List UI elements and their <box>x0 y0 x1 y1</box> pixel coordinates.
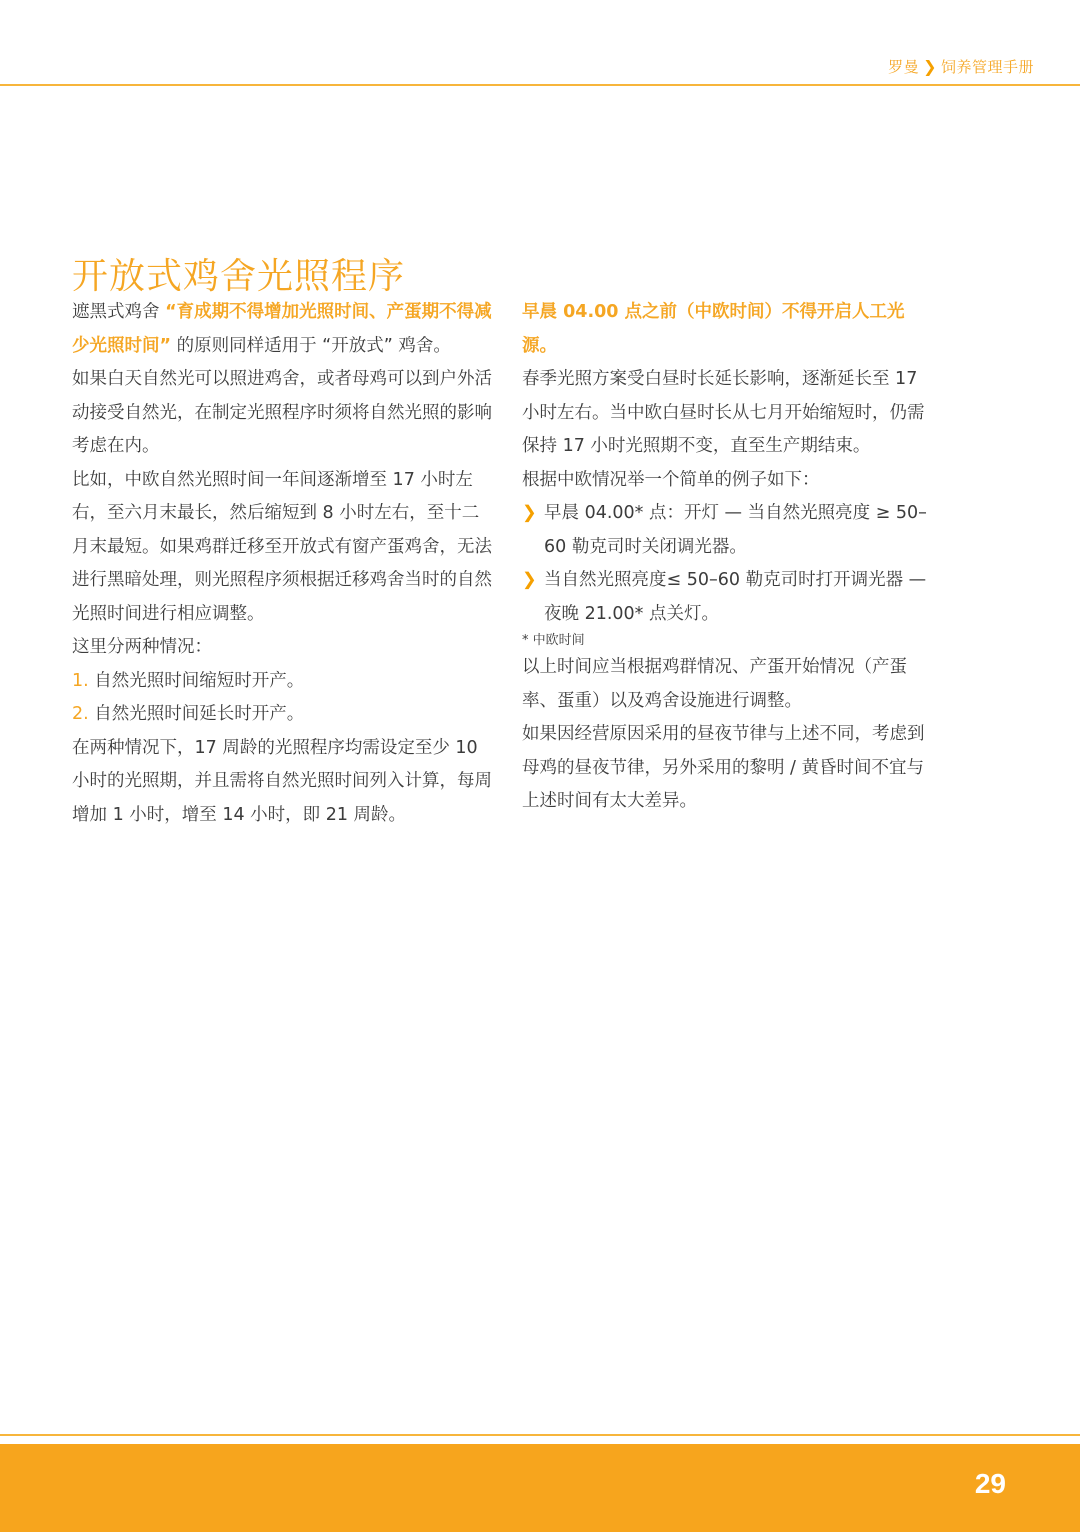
chevron-right-icon: ❯ <box>923 57 937 76</box>
list-item: 1. 自然光照时间缩短时开产。 <box>72 665 492 699</box>
bullet-item: ❯ 早晨 04.00* 点：开灯 — 当自然光照亮度 ≥ 50–60 勒克司时关… <box>522 497 937 564</box>
paragraph-two-cases: 这里分两种情况： <box>72 631 492 665</box>
brand-label: 罗曼 <box>888 56 919 77</box>
paragraph-rhythm: 如果因经营原因采用的昼夜节律与上述不同，考虑到母鸡的昼夜节律，另外采用的黎明 /… <box>522 718 937 819</box>
left-column: 遮黑式鸡舍 “育成期不得增加光照时间、产蛋期不得减少光照时间” 的原则同样适用于… <box>72 296 492 832</box>
highlight-warning: 早晨 04.00 点之前（中欧时间）不得开启人工光源。 <box>522 296 937 363</box>
intro-suffix: 的原则同样适用于 “开放式” 鸡舍。 <box>171 336 451 356</box>
paragraph-conclusion: 在两种情况下，17 周龄的光照程序均需设定至少 10 小时的光照期，并且需将自然… <box>72 732 492 833</box>
list-number: 1. <box>72 671 89 691</box>
intro-prefix: 遮黑式鸡舍 <box>72 302 165 322</box>
chevron-right-icon: ❯ <box>522 497 544 564</box>
paragraph-natural-light: 如果白天自然光可以照进鸡舍，或者母鸡可以到户外活动接受自然光，在制定光照程序时须… <box>72 363 492 464</box>
page-number: 29 <box>975 1468 1006 1500</box>
bullet-item: ❯ 当自然光照亮度≤ 50–60 勒克司时打开调光器 — 夜晚 21.00* 点… <box>522 564 937 631</box>
list-text: 自然光照时间缩短时开产。 <box>89 671 305 691</box>
header-divider <box>0 84 1080 86</box>
paragraph-spring: 春季光照方案受白昼时长延长影响，逐渐延长至 17 小时左右。当中欧白昼时长从七月… <box>522 363 937 464</box>
footer-divider <box>0 1434 1080 1436</box>
chevron-right-icon: ❯ <box>522 564 544 631</box>
header-breadcrumb: 罗曼 ❯ 饲养管理手册 <box>888 56 1034 77</box>
section-label: 饲养管理手册 <box>941 56 1034 77</box>
footer-band: 29 <box>0 1444 1080 1532</box>
footnote: * 中欧时间 <box>522 631 937 651</box>
list-number: 2. <box>72 704 89 724</box>
right-column: 早晨 04.00 点之前（中欧时间）不得开启人工光源。 春季光照方案受白昼时长延… <box>522 296 937 819</box>
paragraph-example-intro: 根据中欧情况举一个简单的例子如下： <box>522 464 937 498</box>
page-title: 开放式鸡舍光照程序 <box>72 248 405 299</box>
intro-paragraph: 遮黑式鸡舍 “育成期不得增加光照时间、产蛋期不得减少光照时间” 的原则同样适用于… <box>72 296 492 363</box>
paragraph-example: 比如，中欧自然光照时间一年间逐渐增至 17 小时左右，至六月末最长，然后缩短到 … <box>72 464 492 632</box>
bullet-text: 当自然光照亮度≤ 50–60 勒克司时打开调光器 — 夜晚 21.00* 点关灯… <box>544 564 937 631</box>
list-item: 2. 自然光照时间延长时开产。 <box>72 698 492 732</box>
list-text: 自然光照时间延长时开产。 <box>89 704 305 724</box>
paragraph-adjustment: 以上时间应当根据鸡群情况、产蛋开始情况（产蛋率、蛋重）以及鸡舍设施进行调整。 <box>522 651 937 718</box>
bullet-text: 早晨 04.00* 点：开灯 — 当自然光照亮度 ≥ 50–60 勒克司时关闭调… <box>544 497 937 564</box>
